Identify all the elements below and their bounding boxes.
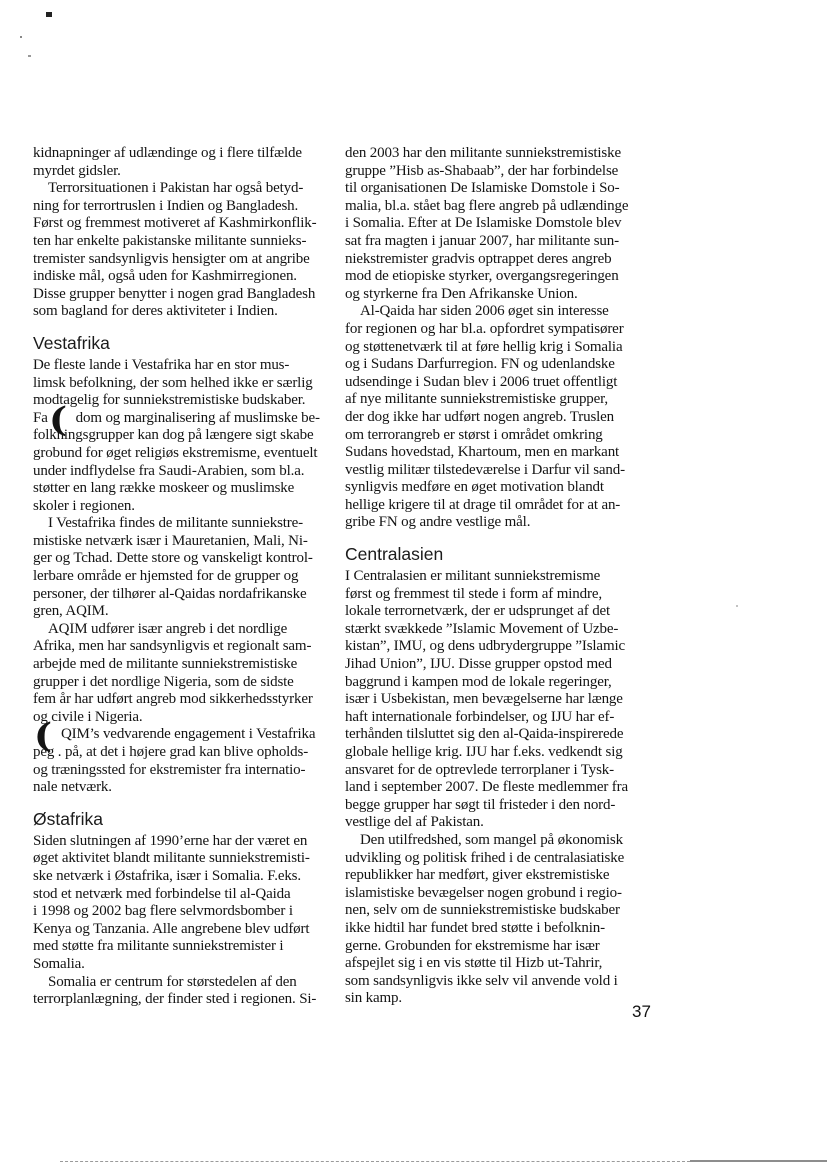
right-column: den 2003 har den militante sunniekstremi… [345, 145, 650, 1008]
text-fragment: dom og marginalisering af muslimske be- [76, 410, 320, 426]
text-line: lerbare område er hjemsted for de gruppe… [33, 568, 325, 586]
text-line: ske netværk i Østafrika, især i Somalia.… [33, 868, 325, 886]
page-number: 37 [632, 1002, 651, 1022]
scan-speck [46, 12, 52, 17]
text-line: sin kamp. [345, 990, 650, 1008]
text-line: folkningsgrupper kan dog på længere sigt… [33, 427, 325, 445]
text-line: begge grupper har søgt til fristeder i d… [345, 797, 650, 815]
page-bottom-edge-solid [690, 1160, 827, 1162]
text-line: limsk befolkning, der som helhed ikke er… [33, 375, 325, 393]
text-line: den 2003 har den militante sunniekstremi… [345, 145, 650, 163]
text-line: niekstremister gradvis optrappet deres a… [345, 251, 650, 269]
text-line: haft internationale forbindelser, og IJU… [345, 709, 650, 727]
text-line: personer, der tilhører al-Qaidas nordafr… [33, 586, 325, 604]
text-line: som bagland for deres aktiviteter i Indi… [33, 303, 325, 321]
paragraph: I Centralasien er militant sunniekstremi… [345, 568, 650, 832]
text-line: og civile i Nigeria. [33, 709, 325, 727]
text-line: støtter en lang række moskeer og muslims… [33, 480, 325, 498]
text-line: ikke hidtil har fundet bred støtte i bef… [345, 920, 650, 938]
text-line: især i Usbekistan, men bevægelserne har … [345, 691, 650, 709]
paragraph: AQIM udfører især angreb i det nordligeA… [33, 621, 325, 727]
text-line: i Somalia. Efter at De Islamiske Domstol… [345, 215, 650, 233]
text-line: først og fremmest til stede i form af mi… [345, 586, 650, 604]
text-line: for regionen og har bl.a. opfordret symp… [345, 321, 650, 339]
text-line: myrdet gidsler. [33, 163, 325, 181]
paragraph: Terrorsituationen i Pakistan har også be… [33, 180, 325, 321]
text-line: arbejde med de militante sunniekstremist… [33, 656, 325, 674]
text-line: peg . på, at det i højere grad kan blive… [33, 744, 325, 762]
text-line: indiske mål, også uden for Kashmirregion… [33, 268, 325, 286]
text-line: Først og fremmest motiveret af Kashmirko… [33, 215, 325, 233]
page-bottom-edge-dashed [60, 1161, 690, 1162]
paragraph: kidnapninger af udlændinge og i flere ti… [33, 145, 325, 180]
text-line: modtagelig for sunniekstremistiske budsk… [33, 392, 325, 410]
text-line: gren, AQIM. [33, 603, 325, 621]
text-line: med støtte fra militante sunniekstremist… [33, 938, 325, 956]
paragraph: Somalia er centrum for størstedelen af d… [33, 974, 325, 1009]
text-line: Kenya og Tanzania. Alle angrebene blev u… [33, 921, 325, 939]
text-line: Siden slutningen af 1990’erne har der væ… [33, 833, 325, 851]
text-line: gerne. Grobunden for ekstremisme har isæ… [345, 938, 650, 956]
text-line: grobund for øget religiøs ekstremisme, e… [33, 445, 325, 463]
text-line: øget aktivitet blandt militante sunnieks… [33, 850, 325, 868]
text-line: malia, bl.a. stået bag flere angreb på u… [345, 198, 650, 216]
text-line: til organisationen De Islamiske Domstole… [345, 180, 650, 198]
scan-speck [20, 36, 22, 38]
paragraph: I Vestafrika findes de militante sunniek… [33, 515, 325, 621]
text-line: islamistiske bevægelser nogen grobund i … [345, 885, 650, 903]
text-line: Al-Qaida har siden 2006 øget sin interes… [345, 303, 650, 321]
scan-speck [28, 55, 31, 57]
text-line: og i Sudans Darfurregion. FN og udenland… [345, 356, 650, 374]
text-line: tremister sandsynligvis hensigter om at … [33, 251, 325, 269]
text-line: baggrund i kampen mod de lokale regering… [345, 674, 650, 692]
text-line: stod et netværk med forbindelse til al-Q… [33, 886, 325, 904]
left-column: kidnapninger af udlændinge og i flere ti… [33, 145, 325, 1009]
text-line: lokale terrornetværk, der er udsprunget … [345, 603, 650, 621]
text-line: I Centralasien er militant sunniekstremi… [345, 568, 650, 586]
text-line: ansvaret for de optrevlede terrorplaner … [345, 762, 650, 780]
text-line: mod de etiopiske styrker, overgangsreger… [345, 268, 650, 286]
text-line: kistan”, IMU, og dens udbrydergruppe ”Is… [345, 638, 650, 656]
text-line: Jihad Union”, IJU. Disse grupper opstod … [345, 656, 650, 674]
scanned-document-page: kidnapninger af udlændinge og i flere ti… [0, 0, 827, 1169]
text-fragment: Fa [33, 410, 48, 426]
text-line: udvikling og politisk frihed i de centra… [345, 850, 650, 868]
text-line: AQIM udfører især angreb i det nordlige [33, 621, 325, 639]
text-line: fem år har udført angreb mod sikkerhedss… [33, 691, 325, 709]
text-line: Den utilfredshed, som mangel på økonomis… [345, 832, 650, 850]
paragraph: De fleste lande i Vestafrika har en stor… [33, 357, 325, 515]
scan-speck [736, 605, 738, 607]
text-fragment: QIM’s vedvarende engagement i Vestafrika [61, 726, 315, 742]
section-heading: Centralasien [345, 544, 650, 564]
text-line: grupper i det nordlige Nigeria, som de s… [33, 674, 325, 692]
text-line: De fleste lande i Vestafrika har en stor… [33, 357, 325, 375]
paragraph: Den utilfredshed, som mangel på økonomis… [345, 832, 650, 1008]
text-line: hellige krigere til at drage til området… [345, 497, 650, 515]
text-line: Sudans hovedstad, Khartoum, men en marka… [345, 444, 650, 462]
text-line: Afrika, men har sandsynligvis et regiona… [33, 638, 325, 656]
text-line: om terrorangreb er størst i området omkr… [345, 427, 650, 445]
text-line: stærkt svækkede ”Islamic Movement of Uzb… [345, 621, 650, 639]
paragraph: Siden slutningen af 1990’erne har der væ… [33, 833, 325, 974]
text-line: Somalia. [33, 956, 325, 974]
text-line: vestlige del af Pakistan. [345, 814, 650, 832]
text-line: og træningssted for ekstremister fra int… [33, 762, 325, 780]
section-heading: Vestafrika [33, 333, 325, 353]
text-line: gruppe ”Hisb as-Shabaab”, der har forbin… [345, 163, 650, 181]
text-line: land i september 2007. De fleste medlemm… [345, 779, 650, 797]
text-line: af nye militante sunniekstremistiske gru… [345, 391, 650, 409]
text-line: globale hellige krig. IJU har f.eks. ved… [345, 744, 650, 762]
text-line: skoler i regionen. [33, 498, 325, 516]
text-line: terrorplanlægning, der finder sted i reg… [33, 991, 325, 1009]
text-line: synligvis medføre en øget motivation bla… [345, 479, 650, 497]
text-line: republikker har medført, giver ekstremis… [345, 867, 650, 885]
text-line: i 1998 og 2002 bag flere selvmordsbomber… [33, 903, 325, 921]
text-line: ning for terrortruslen i Indien og Bangl… [33, 198, 325, 216]
text-line: (QIM’s vedvarende engagement i Vestafrik… [33, 726, 325, 744]
text-line: udsendinge i Sudan blev i 2006 truet off… [345, 374, 650, 392]
text-line: under indflydelse fra Saudi-Arabien, som… [33, 463, 325, 481]
paragraph: (QIM’s vedvarende engagement i Vestafrik… [33, 726, 325, 796]
text-line: kidnapninger af udlændinge og i flere ti… [33, 145, 325, 163]
text-line: Terrorsituationen i Pakistan har også be… [33, 180, 325, 198]
text-line: sat fra magten i januar 2007, har milita… [345, 233, 650, 251]
text-line: der dog ikke har udført nogen angreb. Tr… [345, 409, 650, 427]
text-line: vestlig militær tilstedeværelse i Darfur… [345, 462, 650, 480]
text-line: ger og Tchad. Dette store og vanskeligt … [33, 550, 325, 568]
text-line: terhånden tilsluttet sig den al-Qaida-in… [345, 726, 650, 744]
text-line: gribe FN og andre vestlige mål. [345, 514, 650, 532]
text-line: mistiske netværk især i Mauretanien, Mal… [33, 533, 325, 551]
text-line: som sandsynligvis ikke selv vil anvende … [345, 973, 650, 991]
text-line: Fa(dom og marginalisering af muslimske b… [33, 410, 325, 428]
text-line: Disse grupper benytter i nogen grad Bang… [33, 286, 325, 304]
paragraph: den 2003 har den militante sunniekstremi… [345, 145, 650, 303]
paragraph: Al-Qaida har siden 2006 øget sin interes… [345, 303, 650, 532]
text-line: I Vestafrika findes de militante sunniek… [33, 515, 325, 533]
text-line: og støttenetværk til at føre hellig krig… [345, 339, 650, 357]
text-line: nale netværk. [33, 779, 325, 797]
text-line: afspejlet sig i en vis støtte til Hizb u… [345, 955, 650, 973]
text-line: Somalia er centrum for størstedelen af d… [33, 974, 325, 992]
text-line: ten har enkelte pakistanske militante su… [33, 233, 325, 251]
text-line: og styrkerne fra Den Afrikanske Union. [345, 286, 650, 304]
section-heading: Østafrika [33, 809, 325, 829]
text-line: nen, selv om de sunniekstremistiske buds… [345, 902, 650, 920]
